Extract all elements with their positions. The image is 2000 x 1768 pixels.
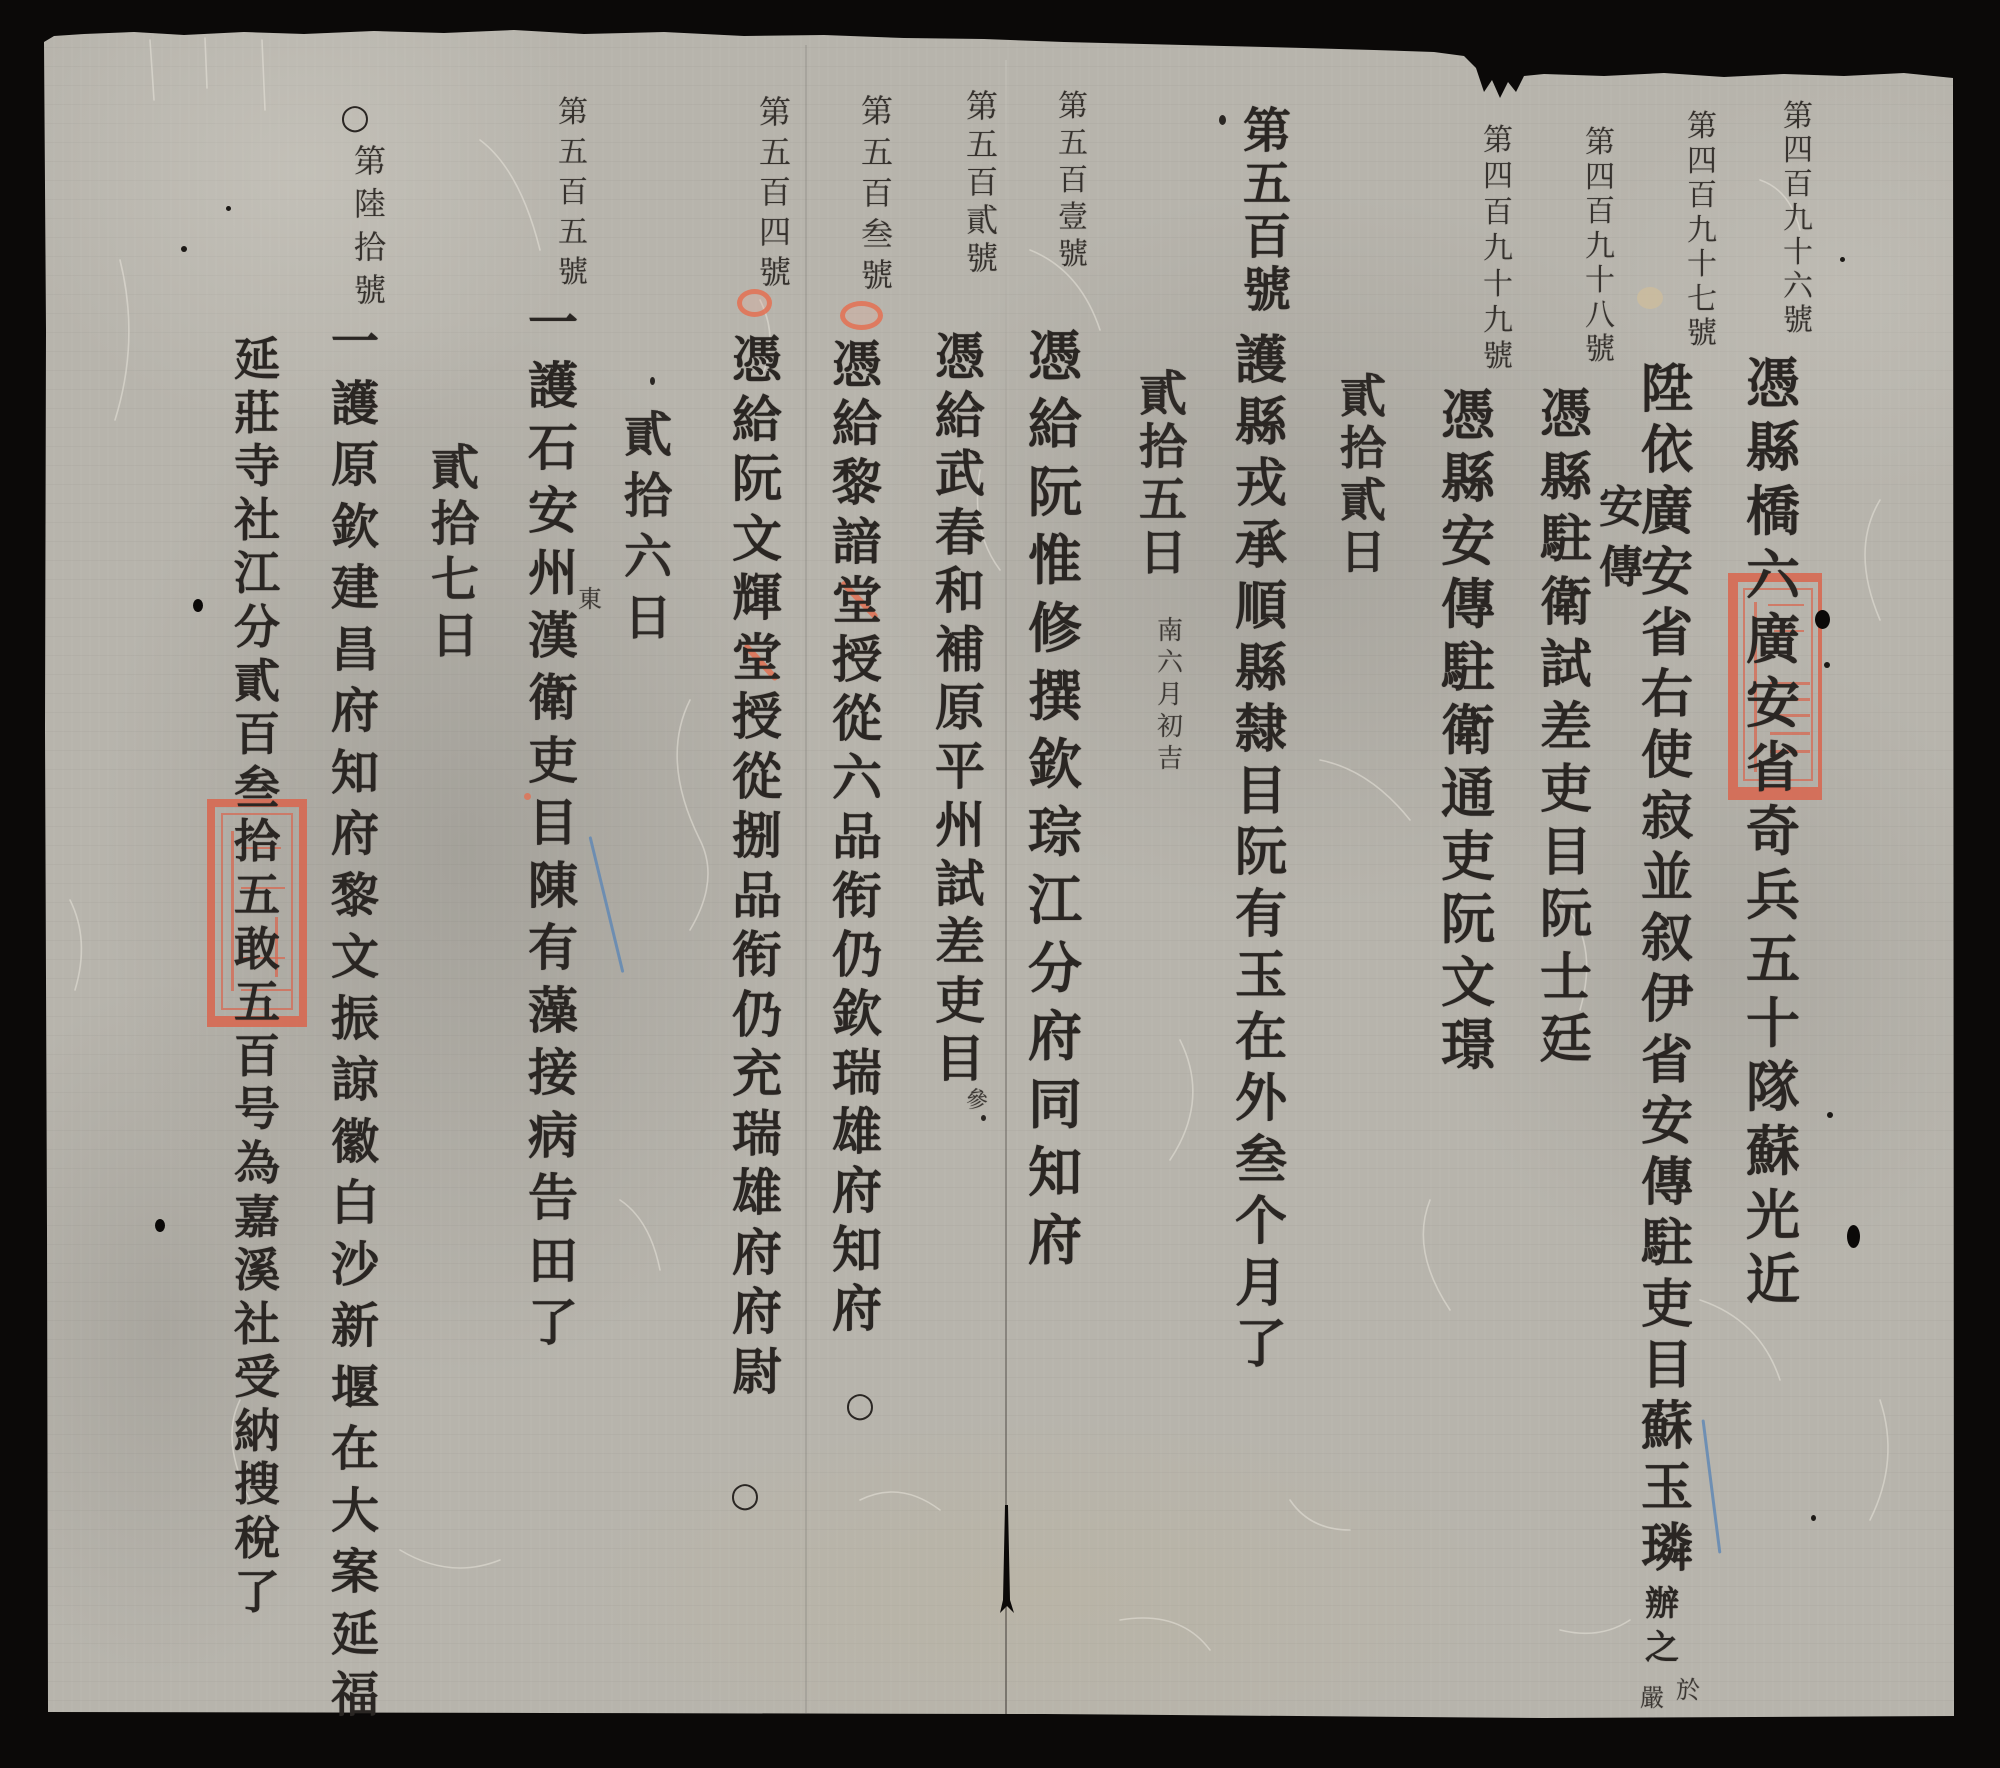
glyph: 振 [331,989,379,1051]
glyph: 參 [966,1088,988,1114]
glyph: 堰 [331,1358,379,1420]
glyph: 堂 [732,628,782,688]
glyph: 欽 [1028,730,1082,798]
glyph: 百 [1058,162,1088,199]
glyph: 受 [234,1351,280,1405]
entry-number: 第五百貳號 [966,87,998,277]
glyph: 吏 [1641,1274,1693,1335]
glyph: 州 [528,542,578,605]
glyph: 號 [1243,264,1291,317]
glyph: 撰 [1028,662,1082,730]
glyph: 五 [1746,927,1800,991]
glyph: 五 [1243,158,1291,211]
glyph: 號 [759,252,791,292]
glyph: 四 [1483,159,1513,195]
entry-number: 第四百九十九號 [1483,123,1513,375]
glyph: 第 [558,93,588,133]
glyph: 百 [1483,195,1513,231]
glyph: 差 [935,913,985,972]
glyph: 外 [1235,1068,1287,1130]
ink-speck [1827,1112,1833,1118]
circle-end-mark: ○ [843,1388,877,1422]
date-heading: 貳拾五日 [1139,368,1187,580]
glyph: 璘 [1641,1518,1693,1579]
glyph: 十 [1783,236,1813,270]
ink-speck [226,206,231,211]
glyph: 品 [832,807,882,866]
glyph: 憑 [935,328,985,387]
glyph: 叙 [1641,908,1693,969]
glyph: 五 [1139,474,1187,527]
fold-tear [995,1505,1019,1620]
entry-number: 第五百叁號 [861,91,893,296]
glyph: 傳 [1441,573,1495,636]
glyph: 光 [1746,1183,1800,1247]
glyph: 傳 [1641,1152,1693,1213]
glyph: 阮 [1441,888,1495,951]
glyph: 分 [1028,934,1082,1002]
glyph: 給 [732,390,782,450]
ink-speck [1824,662,1830,668]
glyph: 仍 [832,925,882,984]
glyph: 縣 [1235,638,1287,700]
document-content: 第四百九十六號 憑縣橋六廣安省奇兵五十隊蘇光近 第四百九十七號 陞依廣安省右使寂… [0,0,2000,1768]
glyph: 府 [1028,1206,1082,1274]
glyph: 九 [1783,202,1813,236]
glyph: 文 [331,927,379,989]
glyph: 憑 [732,330,782,390]
glyph: 个 [1235,1191,1287,1253]
glyph: 九 [1483,231,1513,267]
glyph: 号 [234,1083,280,1137]
punch-hole [1847,1225,1860,1248]
glyph: 敢 [234,923,280,977]
glyph: 五 [234,869,280,923]
glyph: 縣 [1235,392,1287,454]
entry-number: 第五百號 [1243,105,1291,317]
glyph: 十 [1746,991,1800,1055]
glyph: 案 [331,1542,379,1604]
glyph: 為 [234,1137,280,1191]
glyph: 第 [1585,126,1615,161]
entry-number: 第陸拾號 [354,140,386,312]
glyph: 給 [832,394,882,453]
glyph: 第 [354,140,386,183]
glyph: 九 [1687,214,1717,249]
glyph: 駐 [1540,509,1592,572]
glyph: 戎 [1235,453,1287,515]
glyph: 號 [558,253,588,293]
glyph: 百 [1585,195,1615,230]
glyph: 在 [1235,1007,1287,1069]
glyph: 吏 [528,730,578,793]
glyph: 衔 [832,866,882,925]
glyph: 縣 [1746,415,1800,479]
glyph: 護 [528,355,578,418]
glyph: 瑞 [732,1104,782,1164]
glyph: 衔 [732,925,782,985]
glyph: 六 [1746,543,1800,607]
entry-tail-annotation: 於 [1676,1676,1700,1704]
entry-text: 憑給武春和補原平州試差吏目 [935,328,985,1089]
glyph: 九 [1585,230,1615,265]
glyph: 五 [558,133,588,173]
glyph: 號 [1783,304,1813,338]
punch-hole [193,599,203,612]
glyph: 延 [234,333,280,387]
glyph: 嘉 [234,1191,280,1245]
glyph: 知 [832,1220,882,1279]
entry-number: 第五百五號 [558,93,588,293]
glyph: 百 [234,1030,280,1084]
glyph: 原 [935,679,985,738]
entry-insertion: 安傳 [1599,478,1643,598]
glyph: 目 [528,792,578,855]
glyph: 第 [1243,105,1291,158]
glyph: 七 [1687,283,1717,318]
glyph: 品 [732,866,782,926]
entry-insertion: 東 [578,585,602,613]
glyph: 六 [1783,270,1813,304]
glyph: 修 [1028,594,1082,662]
glyph: 輝 [732,568,782,628]
glyph: 四 [1687,145,1717,180]
glyph: 漢 [528,605,578,668]
glyph: 雄 [832,1102,882,1161]
glyph: 第 [1783,100,1813,134]
glyph: 百 [861,173,893,214]
glyph: 新 [331,1296,379,1358]
glyph: 日 [1340,526,1386,578]
glyph: 橋 [1746,479,1800,543]
glyph: 六 [1157,647,1183,679]
entry-continuation-text: 延莊寺社江分貳百叁拾五敢五百号為嘉溪社受納搜稅了 [234,333,280,1619]
glyph: 百 [1687,179,1717,214]
glyph: 右 [1641,664,1693,725]
glyph: 在 [331,1419,379,1481]
glyph: 玉 [1235,945,1287,1007]
glyph: 縣 [1441,447,1495,510]
glyph: 貳 [624,405,672,466]
glyph: 州 [935,796,985,855]
glyph: 阮 [732,449,782,509]
glyph: 欽 [832,984,882,1043]
glyph: 兵 [1746,863,1800,927]
glyph: 辦 [1645,1582,1679,1626]
glyph: 貳 [431,440,479,496]
glyph: 春 [935,504,985,563]
glyph: 六 [832,748,882,807]
red-circle-mark [840,301,883,330]
glyph: 貳 [1139,368,1187,421]
glyph: 百 [759,172,791,212]
glyph: 號 [1058,236,1088,273]
glyph: 士 [1540,947,1592,1010]
entry-number: 第四百九十八號 [1585,126,1615,368]
glyph: 莊 [234,387,280,441]
circle-start-mark: ○ [338,100,372,134]
date-heading: 貳拾六日 [624,405,672,649]
entry-text: 憑給阮文輝堂授從捌品衔仍充瑞雄府府尉 [732,330,782,1401]
glyph: 月 [1157,679,1183,711]
fold-crease-center [1005,60,1007,1714]
glyph: 第 [1687,110,1717,145]
entry-number: 第五百壹號 [1058,88,1088,273]
glyph: 日 [624,588,672,649]
glyph: 惟 [1028,526,1082,594]
glyph: 近 [1746,1247,1800,1311]
glyph: 拾 [431,496,479,552]
glyph: 徽 [331,1112,379,1174]
glyph: 給 [1028,390,1082,458]
glyph: 同 [1028,1070,1082,1138]
glyph: 一 [331,312,379,374]
glyph: 東 [578,585,602,613]
glyph: 授 [732,687,782,747]
glyph: 了 [234,1566,280,1620]
entry-text: 一護石安州漢衛吏目陳有藻接病告田了 [528,292,578,1355]
glyph: 衛 [528,667,578,730]
ink-speck [181,246,187,252]
glyph: 壹 [1058,199,1088,236]
glyph: 陳 [528,855,578,918]
glyph: 廣 [1641,481,1693,542]
glyph: 授 [832,630,882,689]
glyph: 了 [1235,1314,1287,1376]
glyph: 石 [528,417,578,480]
glyph: 病 [528,1105,578,1168]
glyph: 伊 [1641,969,1693,1030]
glyph: 社 [234,1298,280,1352]
glyph: 充 [732,1044,782,1104]
glyph: 護 [331,374,379,436]
glyph: 省 [1746,735,1800,799]
glyph: 安 [1746,671,1800,735]
glyph: 溪 [234,1244,280,1298]
glyph: 憑 [832,335,882,394]
glyph: 試 [1540,634,1592,697]
glyph: 蘇 [1746,1119,1800,1183]
glyph: 了 [528,1292,578,1355]
glyph: 十 [1687,248,1717,283]
glyph: 省 [1641,1030,1693,1091]
glyph: 月 [1235,1253,1287,1315]
glyph: 江 [234,547,280,601]
glyph: 阮 [1028,458,1082,526]
glyph: 省 [1641,603,1693,664]
glyph: 昌 [331,620,379,682]
glyph: 平 [935,738,985,797]
entry-text: 一護原欽建昌府知府黎文振諒徽白沙新堰在大案延福 [331,312,379,1727]
glyph: 百 [1243,211,1291,264]
glyph: 百 [1783,168,1813,202]
glyph: 社 [234,494,280,548]
glyph: 有 [1235,884,1287,946]
ink-speck [1811,1515,1816,1521]
glyph: 拾 [624,466,672,527]
glyph: 文 [1441,951,1495,1014]
glyph: 田 [528,1230,578,1293]
glyph: 府 [732,1223,782,1283]
glyph: 從 [832,689,882,748]
glyph: 告 [528,1167,578,1230]
glyph: 衛 [1540,572,1592,635]
glyph: 寺 [234,440,280,494]
glyph: 陸 [354,183,386,226]
glyph: 承 [1235,515,1287,577]
glyph: 寂 [1641,786,1693,847]
glyph: 憑 [1540,384,1592,447]
ink-dot [1219,115,1226,125]
glyph: 憑 [1028,322,1082,390]
glyph: 隸 [1235,699,1287,761]
entry-text: 憑給阮惟修撰欽琮江分府同知府 [1028,322,1082,1274]
entry-text: 憑給黎諳堂授從六品衔仍欽瑞雄府知府 [832,335,882,1338]
glyph: 初 [1157,711,1183,743]
glyph: 傳 [1599,538,1643,598]
glyph: 阮 [1540,884,1592,947]
glyph: 納 [234,1405,280,1459]
glyph: 延 [331,1604,379,1666]
glyph: 琮 [1028,798,1082,866]
glyph: 搜 [234,1458,280,1512]
entry-number: 第四百九十六號 [1783,100,1813,338]
entry-text: 護縣戎承順縣隸目阮有玉在外叁个月了 [1235,330,1287,1376]
glyph: 貳 [1340,370,1386,422]
glyph: 試 [935,855,985,914]
glyph: 稅 [234,1512,280,1566]
glyph: 吉 [1157,743,1183,775]
glyph: 貳 [1340,474,1386,526]
glyph: 堂 [832,571,882,630]
glyph: 沙 [331,1235,379,1297]
glyph: 南 [1157,615,1183,647]
glyph: 府 [832,1161,882,1220]
glyph: 百 [558,173,588,213]
glyph: 第 [1058,88,1088,125]
glyph: 建 [331,558,379,620]
glyph: 諳 [832,512,882,571]
glyph: 憑 [1746,351,1800,415]
glyph: 有 [528,917,578,980]
glyph: 五 [558,213,588,253]
glyph: 廣 [1746,607,1800,671]
glyph: 並 [1641,847,1693,908]
glyph: 號 [1687,317,1717,352]
red-circle-mark [737,289,772,317]
glyph: 憑 [1441,384,1495,447]
glyph: 第 [966,87,998,125]
glyph: 知 [1028,1138,1082,1206]
glyph: 號 [354,269,386,312]
glyph: 尉 [732,1342,782,1402]
glyph: 黎 [331,866,379,928]
glyph: 欽 [331,497,379,559]
glyph: 吏 [1441,825,1495,888]
glyph: 大 [331,1481,379,1543]
glyph: 叁 [1235,1130,1287,1192]
glyph: 十 [1483,267,1513,303]
ink-dot [981,1115,986,1121]
glyph: 叁 [861,214,893,255]
glyph: 護 [1235,330,1287,392]
date-annotation: 南六月初吉 [1157,615,1183,775]
entry-annotation: 參 [966,1088,988,1114]
glyph: 之 [1645,1626,1679,1670]
glyph: 拾 [234,815,280,869]
glyph: 璟 [1441,1014,1495,1077]
glyph: 叁 [234,762,280,816]
glyph: 駐 [1641,1213,1693,1274]
glyph: 衛 [1441,699,1495,762]
glyph: 十 [1585,264,1615,299]
glyph: 駐 [1441,636,1495,699]
glyph: 第 [861,91,893,132]
glyph: 通 [1441,762,1495,825]
glyph: 第 [1483,123,1513,159]
glyph: 目 [1540,822,1592,885]
glyph: 分 [234,601,280,655]
date-heading: 貳拾貳日 [1340,370,1386,578]
ink-dot [650,377,655,385]
glyph: 五 [759,132,791,172]
glyph: 安 [528,480,578,543]
glyph: 知 [331,743,379,805]
glyph: 給 [935,387,985,446]
glyph: 安 [1641,542,1693,603]
glyph: 藻 [528,980,578,1043]
glyph: 號 [966,239,998,277]
glyph: 使 [1641,725,1693,786]
glyph: 八 [1585,299,1615,334]
glyph: 順 [1235,576,1287,638]
glyph: 廷 [1540,1009,1592,1072]
glyph: 號 [1483,339,1513,375]
glyph: 吏 [935,972,985,1031]
glyph: 安 [1441,510,1495,573]
glyph: 接 [528,1042,578,1105]
glyph: 吏 [1540,759,1592,822]
glyph: 府 [732,1282,782,1342]
glyph: 原 [331,435,379,497]
glyph: 日 [431,608,479,664]
glyph: 武 [935,445,985,504]
punch-hole [155,1219,165,1232]
glyph: 百 [234,708,280,762]
fold-crease-left [805,45,807,1713]
entry-text: 憑縣安傳駐衛通吏阮文璟 [1441,384,1495,1077]
glyph: 隊 [1746,1055,1800,1119]
glyph: 蘇 [1641,1396,1693,1457]
glyph: 貳 [234,655,280,709]
glyph: 差 [1540,697,1592,760]
glyph: 五 [861,132,893,173]
glyph: 奇 [1746,799,1800,863]
glyph: 府 [331,681,379,743]
entry-text-tail: 辦之 [1645,1582,1679,1670]
entry-tail-annotation: 嚴 [1640,1684,1664,1712]
entry-text: 憑縣駐衛試差吏目阮士廷 [1540,384,1592,1072]
glyph: 目 [935,1030,985,1089]
glyph: 四 [759,212,791,252]
glyph: 瑞 [832,1043,882,1102]
punch-hole [1815,610,1830,629]
glyph: 玉 [1641,1457,1693,1518]
glyph: 五 [966,125,998,163]
glyph: 拾 [1340,422,1386,474]
glyph: 陞 [1641,359,1693,420]
glyph: 一 [528,292,578,355]
